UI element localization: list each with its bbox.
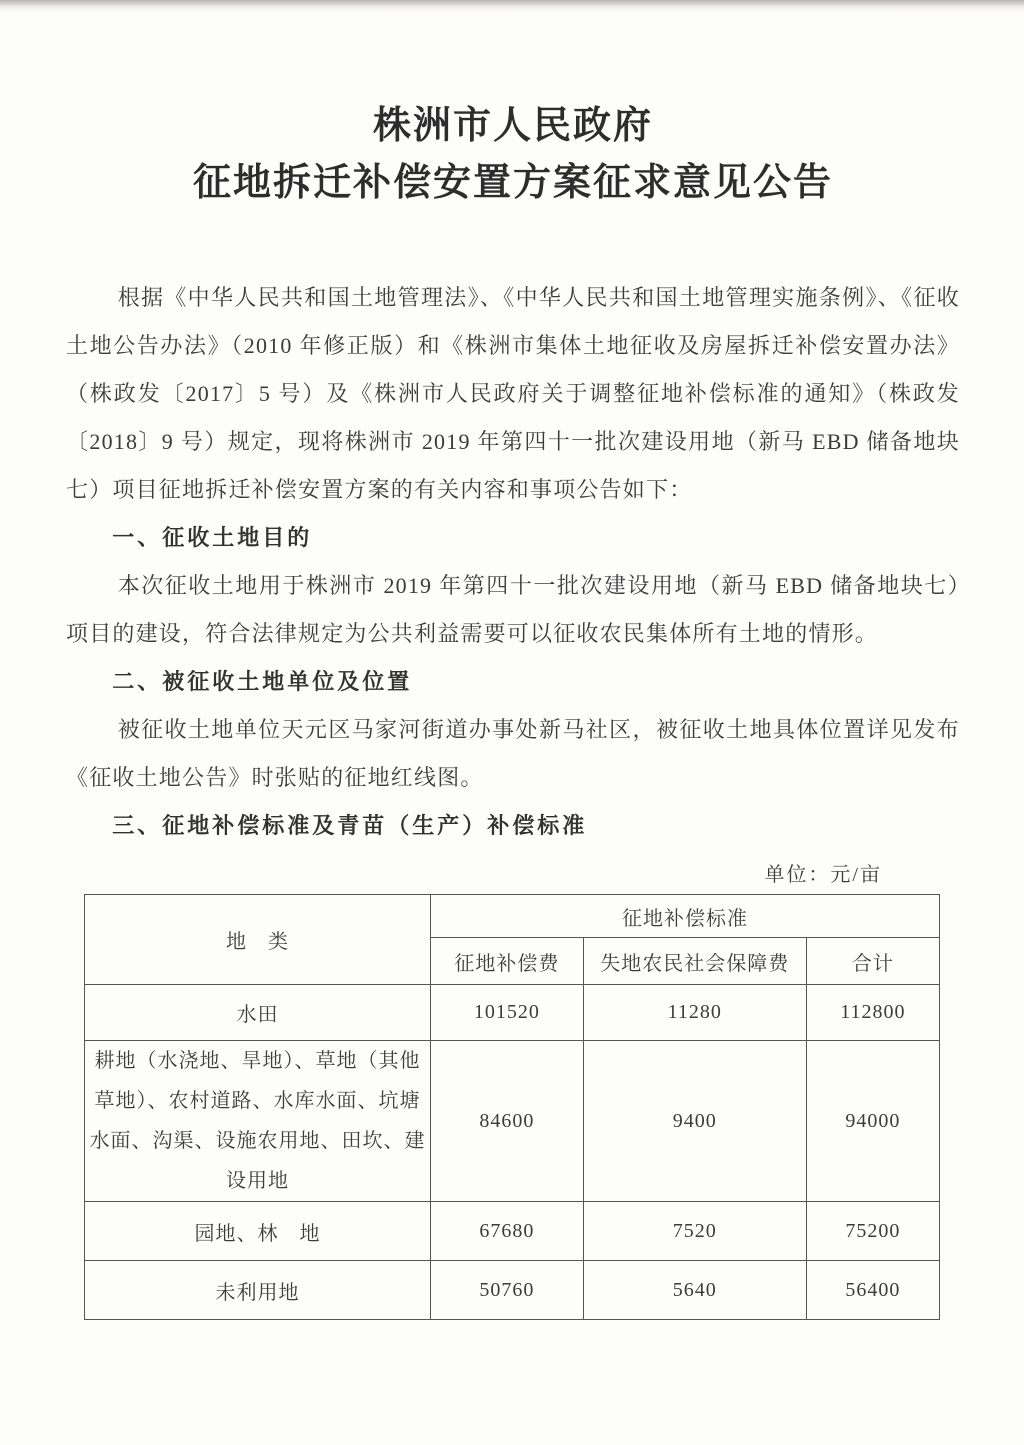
table-unit-label: 单位：元/亩 xyxy=(66,858,960,892)
compensation-table: 地 类 征地补偿标准 征地补偿费 失地农民社会保障费 合计 水田 101520 … xyxy=(84,894,940,1320)
cell-total: 56400 xyxy=(806,1261,939,1320)
compensation-table-wrapper: 地 类 征地补偿标准 征地补偿费 失地农民社会保障费 合计 水田 101520 … xyxy=(84,894,940,1320)
cell-compensation: 50760 xyxy=(430,1261,583,1320)
table-row: 水田 101520 11280 112800 xyxy=(85,985,940,1041)
cell-total: 112800 xyxy=(806,985,939,1041)
cell-land-type: 水田 xyxy=(85,985,431,1041)
header-compensation-fee: 征地补偿费 xyxy=(430,938,583,985)
table-row: 园地、林 地 67680 7520 75200 xyxy=(85,1202,940,1261)
document-page: 株洲市人民政府 征地拆迁补偿安置方案征求意见公告 根据《中华人民共和国土地管理法… xyxy=(0,0,1024,1320)
cell-total: 75200 xyxy=(806,1202,939,1261)
section3-heading: 三、征地补偿标准及青苗（生产）补偿标准 xyxy=(66,802,960,850)
header-land-type: 地 类 xyxy=(85,895,431,985)
table-row: 未利用地 50760 5640 56400 xyxy=(85,1261,940,1320)
cell-compensation: 101520 xyxy=(430,985,583,1041)
page-title: 株洲市人民政府 征地拆迁补偿安置方案征求意见公告 xyxy=(66,98,960,212)
section1-heading: 一、征收土地目的 xyxy=(66,514,960,562)
cell-land-type: 耕地（水浇地、旱地）、草地（其他草地）、农村道路、水库水面、坑塘水面、沟渠、设施… xyxy=(85,1041,431,1202)
header-social-security-fee: 失地农民社会保障费 xyxy=(583,938,806,985)
cell-compensation: 67680 xyxy=(430,1202,583,1261)
cell-compensation: 84600 xyxy=(430,1041,583,1202)
section2-body: 被征收土地单位天元区马家河街道办事处新马社区，被征收土地具体位置详见发布《征收土… xyxy=(66,706,960,802)
cell-total: 94000 xyxy=(806,1041,939,1202)
cell-social-security: 11280 xyxy=(583,985,806,1041)
section2-heading: 二、被征收土地单位及位置 xyxy=(66,658,960,706)
section1-body: 本次征收土地用于株洲市 2019 年第四十一批次建设用地（新马 EBD 储备地块… xyxy=(66,562,960,658)
title-line-1: 株洲市人民政府 xyxy=(66,98,960,155)
cell-land-type: 园地、林 地 xyxy=(85,1202,431,1261)
cell-social-security: 5640 xyxy=(583,1261,806,1320)
header-standard-group: 征地补偿标准 xyxy=(430,895,939,938)
table-row: 耕地（水浇地、旱地）、草地（其他草地）、农村道路、水库水面、坑塘水面、沟渠、设施… xyxy=(85,1041,940,1202)
header-total: 合计 xyxy=(806,938,939,985)
cell-social-security: 9400 xyxy=(583,1041,806,1202)
cell-land-type: 未利用地 xyxy=(85,1261,431,1320)
cell-social-security: 7520 xyxy=(583,1202,806,1261)
title-line-2: 征地拆迁补偿安置方案征求意见公告 xyxy=(66,155,960,212)
intro-paragraph: 根据《中华人民共和国土地管理法》、《中华人民共和国土地管理实施条例》、《征收土地… xyxy=(66,274,960,514)
